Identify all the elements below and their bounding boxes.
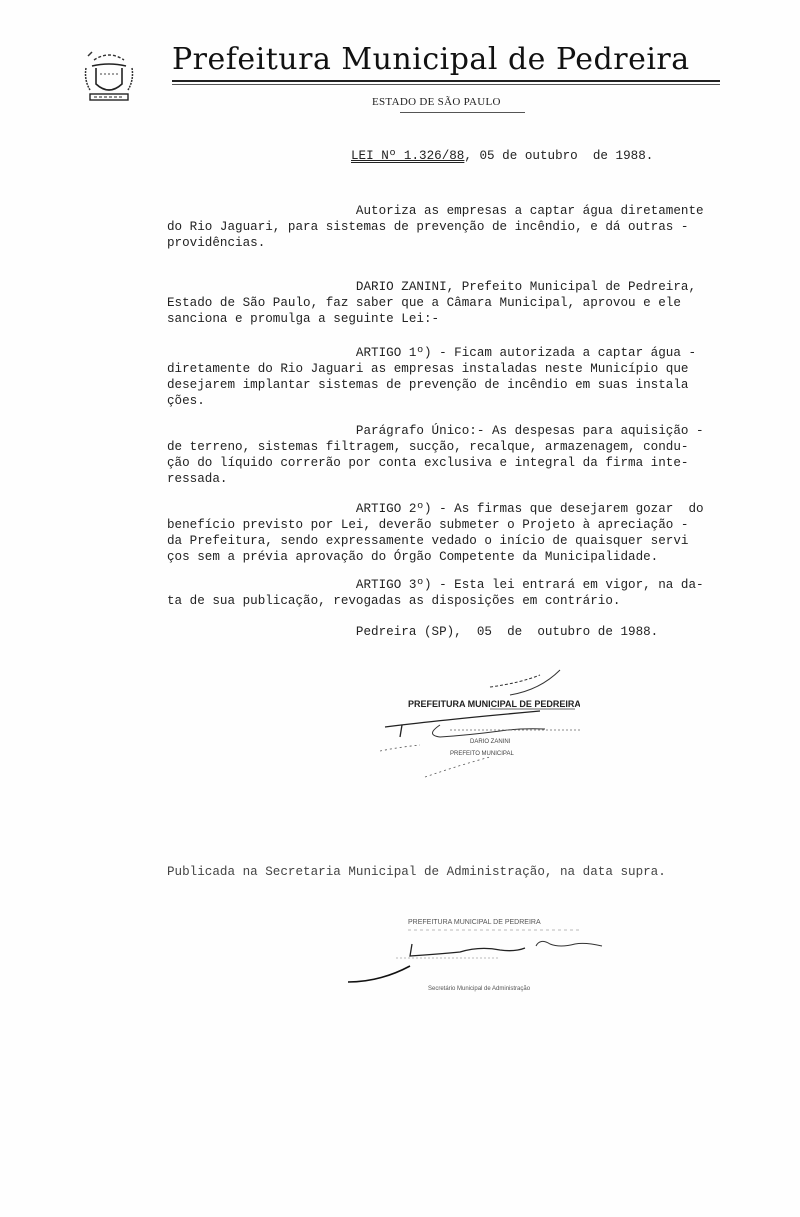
letterhead-title: Prefeitura Municipal de Pedreira (172, 42, 690, 77)
svg-text:PREFEITURA MUNICIPAL DE PEDREI: PREFEITURA MUNICIPAL DE PEDREIRA (408, 699, 580, 709)
signature-icon: PREFEITURA MUNICIPAL DE PEDREIRA DARIO Z… (380, 665, 580, 785)
svg-text:PREFEITO MUNICIPAL: PREFEITO MUNICIPAL (450, 751, 514, 757)
publication-note: Publicada na Secretaria Municipal de Adm… (167, 865, 666, 879)
letterhead-rule (172, 80, 720, 82)
svg-text:PREFEITURA MUNICIPAL DE PEDREI: PREFEITURA MUNICIPAL DE PEDREIRA (408, 919, 541, 926)
municipal-coat-of-arms-icon (80, 46, 138, 104)
article-line: ARTIGO 2º) - As firmas que desejarem goz… (167, 502, 704, 516)
article-line: ARTIGO 1º) - Ficam autorizada a captar á… (167, 346, 696, 360)
article-line: Parágrafo Único:- As despesas para aquis… (167, 424, 704, 438)
letterhead-rule-thin (172, 84, 720, 85)
svg-text:Secretário Municipal de Admini: Secretário Municipal de Administração (428, 986, 531, 992)
preamble-line: sanciona e promulga a seguinte Lei:- (167, 312, 439, 326)
article-line: da Prefeitura, sendo expressamente vedad… (167, 534, 688, 548)
ementa-line: Autoriza as empresas a captar água diret… (167, 204, 704, 218)
article-line: ta de sua publicação, revogadas as dispo… (167, 594, 620, 608)
article-line: diretamente do Rio Jaguari as empresas i… (167, 362, 688, 376)
document-page: Prefeitura Municipal de Pedreira ESTADO … (0, 0, 800, 1217)
svg-text:DARIO ZANINI: DARIO ZANINI (470, 739, 511, 745)
preamble-line: Estado de São Paulo, faz saber que a Câm… (167, 296, 681, 310)
signature-icon: PREFEITURA MUNICIPAL DE PEDREIRA Secretá… (340, 908, 620, 998)
ementa-line: do Rio Jaguari, para sistemas de prevenç… (167, 220, 688, 234)
article-line: ressada. (167, 472, 227, 486)
law-date: , 05 de outubro de 1988. (464, 149, 653, 163)
article-line: desejarem implantar sistemas de prevençã… (167, 378, 688, 392)
article-line: ção do líquido correrão por conta exclus… (167, 456, 688, 470)
state-underline (400, 112, 525, 113)
article-line: benefício previsto por Lei, deverão subm… (167, 518, 688, 532)
article-line: de terreno, sistemas filtragem, sucção, … (167, 440, 688, 454)
law-number: LEI Nº 1.326/88 (351, 149, 464, 163)
state-subtitle: ESTADO DE SÃO PAULO (372, 96, 501, 108)
article-line: ções. (167, 394, 205, 408)
ementa-line: providências. (167, 236, 265, 250)
article-line: ços sem a prévia aprovação do Órgão Comp… (167, 550, 658, 564)
article-line: ARTIGO 3º) - Esta lei entrará em vigor, … (167, 578, 704, 592)
place-date: Pedreira (SP), 05 de outubro de 1988. (167, 625, 658, 639)
preamble-line: DARIO ZANINI, Prefeito Municipal de Pedr… (167, 280, 696, 294)
law-heading: LEI Nº 1.326/88, 05 de outubro de 1988. (351, 149, 653, 163)
